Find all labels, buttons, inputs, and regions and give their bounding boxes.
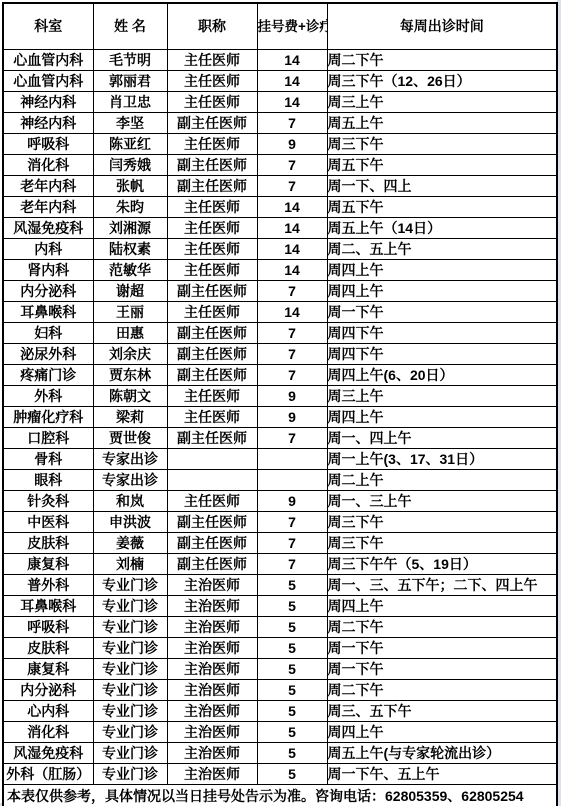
cell-title: 主治医师 — [167, 659, 257, 680]
cell-doctor-name: 闫秀娥 — [93, 155, 167, 176]
cell-doctor-name: 王丽 — [93, 302, 167, 323]
cell-title: 副主任医师 — [167, 512, 257, 533]
cell-fee: 5 — [257, 743, 327, 764]
cell-doctor-name: 专业门诊 — [93, 701, 167, 722]
cell-schedule: 周一下午 — [327, 638, 557, 659]
cell-schedule: 周二下午 — [327, 617, 557, 638]
cell-department: 呼吸科 — [3, 134, 93, 155]
cell-doctor-name: 姜薇 — [93, 533, 167, 554]
table-row: 呼吸科专业门诊主治医师5周二下午 — [3, 617, 557, 638]
cell-fee: 14 — [257, 302, 327, 323]
cell-doctor-name: 贾世俊 — [93, 428, 167, 449]
cell-doctor-name: 专业门诊 — [93, 680, 167, 701]
cell-fee: 5 — [257, 701, 327, 722]
cell-title: 主任医师 — [167, 218, 257, 239]
cell-fee: 7 — [257, 323, 327, 344]
cell-schedule: 周五上午 — [327, 113, 557, 134]
cell-doctor-name: 专业门诊 — [93, 743, 167, 764]
cell-schedule: 周三上午 — [327, 92, 557, 113]
cell-fee: 9 — [257, 407, 327, 428]
cell-schedule: 周五下午 — [327, 155, 557, 176]
table-row: 呼吸科陈亚红主任医师9周三下午 — [3, 134, 557, 155]
cell-department: 神经内科 — [3, 113, 93, 134]
cell-title: 副主任医师 — [167, 113, 257, 134]
column-header-name: 姓 名 — [93, 3, 167, 50]
cell-doctor-name: 专业门诊 — [93, 659, 167, 680]
cell-title: 副主任医师 — [167, 323, 257, 344]
cell-doctor-name: 陈亚红 — [93, 134, 167, 155]
cell-title: 副主任医师 — [167, 176, 257, 197]
cell-title: 主治医师 — [167, 722, 257, 743]
cell-schedule: 周三下午 — [327, 533, 557, 554]
cell-department: 疼痛门诊 — [3, 365, 93, 386]
table-row: 老年内科张帆副主任医师7周一下、四上 — [3, 176, 557, 197]
cell-department: 妇科 — [3, 323, 93, 344]
table-row: 皮肤科专业门诊主治医师5周一下午 — [3, 638, 557, 659]
cell-fee: 5 — [257, 596, 327, 617]
cell-department: 泌尿外科 — [3, 344, 93, 365]
table-row: 心血管内科毛节明主任医师14周二下午 — [3, 50, 557, 71]
cell-schedule: 周二下午 — [327, 680, 557, 701]
cell-doctor-name: 专业门诊 — [93, 596, 167, 617]
table-row: 肿瘤化疗科梁莉主任医师9周四上午 — [3, 407, 557, 428]
cell-doctor-name: 专业门诊 — [93, 722, 167, 743]
cell-schedule: 周一、四上午 — [327, 428, 557, 449]
cell-fee: 14 — [257, 239, 327, 260]
cell-fee: 7 — [257, 155, 327, 176]
cell-doctor-name: 谢超 — [93, 281, 167, 302]
cell-title: 主任医师 — [167, 92, 257, 113]
cell-schedule: 周一下、四上 — [327, 176, 557, 197]
cell-department: 神经内科 — [3, 92, 93, 113]
table-row: 针灸科和岚主任医师9周一、三上午 — [3, 491, 557, 512]
cell-fee: 7 — [257, 512, 327, 533]
cell-title: 主治医师 — [167, 743, 257, 764]
cell-schedule: 周四上午 — [327, 596, 557, 617]
table-row: 消化科专业门诊主治医师5周四上午 — [3, 722, 557, 743]
cell-fee: 9 — [257, 491, 327, 512]
cell-doctor-name: 陆权素 — [93, 239, 167, 260]
footer-note: 本表仅供参考，具体情况以当日挂号处告示为准。咨询电话：62805359、6280… — [3, 785, 557, 806]
table-row: 普外科专业门诊主治医师5周一、三、五下午；二下、四上午 — [3, 575, 557, 596]
cell-schedule: 周五上午（14日） — [327, 218, 557, 239]
cell-department: 心内科 — [3, 701, 93, 722]
cell-fee: 14 — [257, 92, 327, 113]
cell-title: 主任医师 — [167, 197, 257, 218]
cell-doctor-name: 专业门诊 — [93, 764, 167, 785]
table-row: 中医科申洪波副主任医师7周三下午 — [3, 512, 557, 533]
cell-schedule: 周三下午 — [327, 134, 557, 155]
cell-fee: 14 — [257, 50, 327, 71]
cell-title: 主任医师 — [167, 386, 257, 407]
cell-fee: 7 — [257, 344, 327, 365]
cell-fee: 5 — [257, 617, 327, 638]
cell-schedule: 周四上午 — [327, 407, 557, 428]
cell-title: 主治医师 — [167, 764, 257, 785]
cell-fee: 5 — [257, 659, 327, 680]
cell-doctor-name: 专家出诊 — [93, 470, 167, 491]
column-header-schedule: 每周出诊时间 — [327, 3, 557, 50]
cell-department: 皮肤科 — [3, 638, 93, 659]
cell-fee — [257, 449, 327, 470]
cell-schedule: 周四下午 — [327, 323, 557, 344]
cell-department: 内分泌科 — [3, 680, 93, 701]
cell-schedule: 周四上午 — [327, 260, 557, 281]
cell-department: 耳鼻喉科 — [3, 302, 93, 323]
cell-fee: 7 — [257, 533, 327, 554]
cell-department: 风湿免疫科 — [3, 218, 93, 239]
cell-schedule: 周四上午 — [327, 722, 557, 743]
table-row: 康复科专业门诊主治医师5周一下午 — [3, 659, 557, 680]
cell-doctor-name: 郭丽君 — [93, 71, 167, 92]
cell-schedule: 周二上午 — [327, 470, 557, 491]
cell-department: 心血管内科 — [3, 50, 93, 71]
cell-department: 耳鼻喉科 — [3, 596, 93, 617]
cell-doctor-name: 申洪波 — [93, 512, 167, 533]
cell-department: 老年内科 — [3, 197, 93, 218]
table-row: 外科（肛肠）专业门诊主治医师5周一下午、五上午 — [3, 764, 557, 785]
table-row: 风湿免疫科专业门诊主治医师5周五上午(与专家轮流出诊） — [3, 743, 557, 764]
cell-fee: 5 — [257, 680, 327, 701]
cell-fee — [257, 470, 327, 491]
cell-doctor-name: 专业门诊 — [93, 617, 167, 638]
cell-doctor-name: 刘楠 — [93, 554, 167, 575]
table-row: 皮肤科姜薇副主任医师7周三下午 — [3, 533, 557, 554]
table-row: 耳鼻喉科王丽主任医师14周一下午 — [3, 302, 557, 323]
cell-title: 副主任医师 — [167, 155, 257, 176]
table-row: 风湿免疫科刘湘源主任医师14周五上午（14日） — [3, 218, 557, 239]
cell-department: 口腔科 — [3, 428, 93, 449]
cell-department: 呼吸科 — [3, 617, 93, 638]
cell-title: 主治医师 — [167, 701, 257, 722]
cell-fee: 7 — [257, 428, 327, 449]
clinic-schedule-table: 科室 姓 名 职称 挂号费+诊疗费 （元） 每周出诊时间 心血管内科毛节明主任医… — [2, 2, 558, 806]
table-row: 疼痛门诊贾东林副主任医师7周四上午(6、20日） — [3, 365, 557, 386]
table-row: 肾内科范敏华主任医师14周四上午 — [3, 260, 557, 281]
cell-schedule: 周五上午(与专家轮流出诊） — [327, 743, 557, 764]
cell-doctor-name: 专家出诊 — [93, 449, 167, 470]
cell-doctor-name: 贾东林 — [93, 365, 167, 386]
cell-schedule: 周三下午午（5、19日） — [327, 554, 557, 575]
cell-department: 外科（肛肠） — [3, 764, 93, 785]
cell-department: 风湿免疫科 — [3, 743, 93, 764]
cell-fee: 14 — [257, 218, 327, 239]
cell-department: 康复科 — [3, 659, 93, 680]
cell-doctor-name: 李坚 — [93, 113, 167, 134]
cell-schedule: 周二、五上午 — [327, 239, 557, 260]
table-row: 心内科专业门诊主治医师5周三、五下午 — [3, 701, 557, 722]
cell-department: 消化科 — [3, 722, 93, 743]
cell-schedule: 周一下午 — [327, 302, 557, 323]
cell-doctor-name: 田惠 — [93, 323, 167, 344]
table-row: 耳鼻喉科专业门诊主治医师5周四上午 — [3, 596, 557, 617]
cell-schedule: 周一下午 — [327, 659, 557, 680]
cell-doctor-name: 肖卫忠 — [93, 92, 167, 113]
table-row: 泌尿外科刘余庆副主任医师7周四下午 — [3, 344, 557, 365]
cell-fee: 14 — [257, 71, 327, 92]
header-row: 科室 姓 名 职称 挂号费+诊疗费 （元） 每周出诊时间 — [3, 3, 557, 50]
cell-schedule: 周三、五下午 — [327, 701, 557, 722]
cell-schedule: 周二下午 — [327, 50, 557, 71]
cell-department: 肾内科 — [3, 260, 93, 281]
cell-title — [167, 449, 257, 470]
cell-schedule: 周三下午（12、26日） — [327, 71, 557, 92]
cell-schedule: 周一、三上午 — [327, 491, 557, 512]
cell-doctor-name: 朱昀 — [93, 197, 167, 218]
cell-doctor-name: 专业门诊 — [93, 575, 167, 596]
cell-title: 副主任医师 — [167, 428, 257, 449]
table-row: 外科陈朝文主任医师9周三上午 — [3, 386, 557, 407]
cell-fee: 7 — [257, 281, 327, 302]
cell-department: 针灸科 — [3, 491, 93, 512]
cell-fee: 5 — [257, 638, 327, 659]
cell-doctor-name: 范敏华 — [93, 260, 167, 281]
table-row: 神经内科李坚副主任医师7周五上午 — [3, 113, 557, 134]
cell-title: 主任医师 — [167, 407, 257, 428]
cell-doctor-name: 陈朝文 — [93, 386, 167, 407]
cell-fee: 5 — [257, 575, 327, 596]
cell-department: 中医科 — [3, 512, 93, 533]
cell-schedule: 周三上午 — [327, 386, 557, 407]
cell-title: 副主任医师 — [167, 533, 257, 554]
cell-department: 内科 — [3, 239, 93, 260]
cell-department: 心血管内科 — [3, 71, 93, 92]
cell-department: 眼科 — [3, 470, 93, 491]
cell-department: 消化科 — [3, 155, 93, 176]
cell-schedule: 周一、三、五下午；二下、四上午 — [327, 575, 557, 596]
table-row: 老年内科朱昀主任医师14周五下午 — [3, 197, 557, 218]
cell-department: 骨科 — [3, 449, 93, 470]
cell-title: 副主任医师 — [167, 365, 257, 386]
cell-fee: 7 — [257, 554, 327, 575]
cell-schedule: 周四上午 — [327, 281, 557, 302]
cell-fee: 5 — [257, 722, 327, 743]
cell-department: 普外科 — [3, 575, 93, 596]
cell-doctor-name: 刘湘源 — [93, 218, 167, 239]
cell-title: 主任医师 — [167, 71, 257, 92]
table-body: 心血管内科毛节明主任医师14周二下午心血管内科郭丽君主任医师14周三下午（12、… — [3, 50, 557, 785]
cell-schedule: 周四下午 — [327, 344, 557, 365]
column-header-title: 职称 — [167, 3, 257, 50]
cell-schedule: 周三下午 — [327, 512, 557, 533]
cell-department: 肿瘤化疗科 — [3, 407, 93, 428]
cell-fee: 5 — [257, 764, 327, 785]
table-row: 眼科专家出诊周二上午 — [3, 470, 557, 491]
cell-schedule: 周一上午(3、17、31日） — [327, 449, 557, 470]
cell-schedule: 周四上午(6、20日） — [327, 365, 557, 386]
table-row: 内分泌科专业门诊主治医师5周二下午 — [3, 680, 557, 701]
cell-title: 主任医师 — [167, 302, 257, 323]
table-row: 康复科刘楠副主任医师7周三下午午（5、19日） — [3, 554, 557, 575]
cell-doctor-name: 毛节明 — [93, 50, 167, 71]
cell-department: 皮肤科 — [3, 533, 93, 554]
table-row: 内分泌科谢超副主任医师7周四上午 — [3, 281, 557, 302]
cell-doctor-name: 张帆 — [93, 176, 167, 197]
cell-title: 主任医师 — [167, 491, 257, 512]
cell-title: 主任医师 — [167, 134, 257, 155]
table-row: 消化科闫秀娥副主任医师7周五下午 — [3, 155, 557, 176]
table-row: 心血管内科郭丽君主任医师14周三下午（12、26日） — [3, 71, 557, 92]
cell-fee: 7 — [257, 113, 327, 134]
cell-schedule: 周五下午 — [327, 197, 557, 218]
cell-title: 主治医师 — [167, 617, 257, 638]
table-row: 神经内科肖卫忠主任医师14周三上午 — [3, 92, 557, 113]
document-sheet: 科室 姓 名 职称 挂号费+诊疗费 （元） 每周出诊时间 心血管内科毛节明主任医… — [0, 0, 557, 803]
table-row: 口腔科贾世俊副主任医师7周一、四上午 — [3, 428, 557, 449]
cell-doctor-name: 和岚 — [93, 491, 167, 512]
cell-department: 老年内科 — [3, 176, 93, 197]
cell-department: 外科 — [3, 386, 93, 407]
cell-title: 主治医师 — [167, 638, 257, 659]
cell-title: 副主任医师 — [167, 344, 257, 365]
cell-fee: 9 — [257, 134, 327, 155]
cell-department: 内分泌科 — [3, 281, 93, 302]
cell-title: 副主任医师 — [167, 281, 257, 302]
cell-fee: 9 — [257, 386, 327, 407]
cell-title: 主任医师 — [167, 239, 257, 260]
cell-fee: 14 — [257, 197, 327, 218]
footer-row: 本表仅供参考，具体情况以当日挂号处告示为准。咨询电话：62805359、6280… — [3, 785, 557, 806]
cell-title — [167, 470, 257, 491]
column-header-department: 科室 — [3, 3, 93, 50]
cell-fee: 14 — [257, 260, 327, 281]
cell-doctor-name: 梁莉 — [93, 407, 167, 428]
table-row: 骨科专家出诊周一上午(3、17、31日） — [3, 449, 557, 470]
cell-doctor-name: 专业门诊 — [93, 638, 167, 659]
cell-fee: 7 — [257, 365, 327, 386]
cell-title: 主治医师 — [167, 680, 257, 701]
cell-schedule: 周一下午、五上午 — [327, 764, 557, 785]
cell-title: 主治医师 — [167, 596, 257, 617]
cell-title: 主治医师 — [167, 575, 257, 596]
cell-department: 康复科 — [3, 554, 93, 575]
cell-doctor-name: 刘余庆 — [93, 344, 167, 365]
cell-title: 主任医师 — [167, 260, 257, 281]
column-header-fee: 挂号费+诊疗费 （元） — [257, 3, 327, 50]
cell-title: 主任医师 — [167, 50, 257, 71]
table-row: 内科陆权素主任医师14周二、五上午 — [3, 239, 557, 260]
table-row: 妇科田惠副主任医师7周四下午 — [3, 323, 557, 344]
cell-fee: 7 — [257, 176, 327, 197]
cell-title: 副主任医师 — [167, 554, 257, 575]
